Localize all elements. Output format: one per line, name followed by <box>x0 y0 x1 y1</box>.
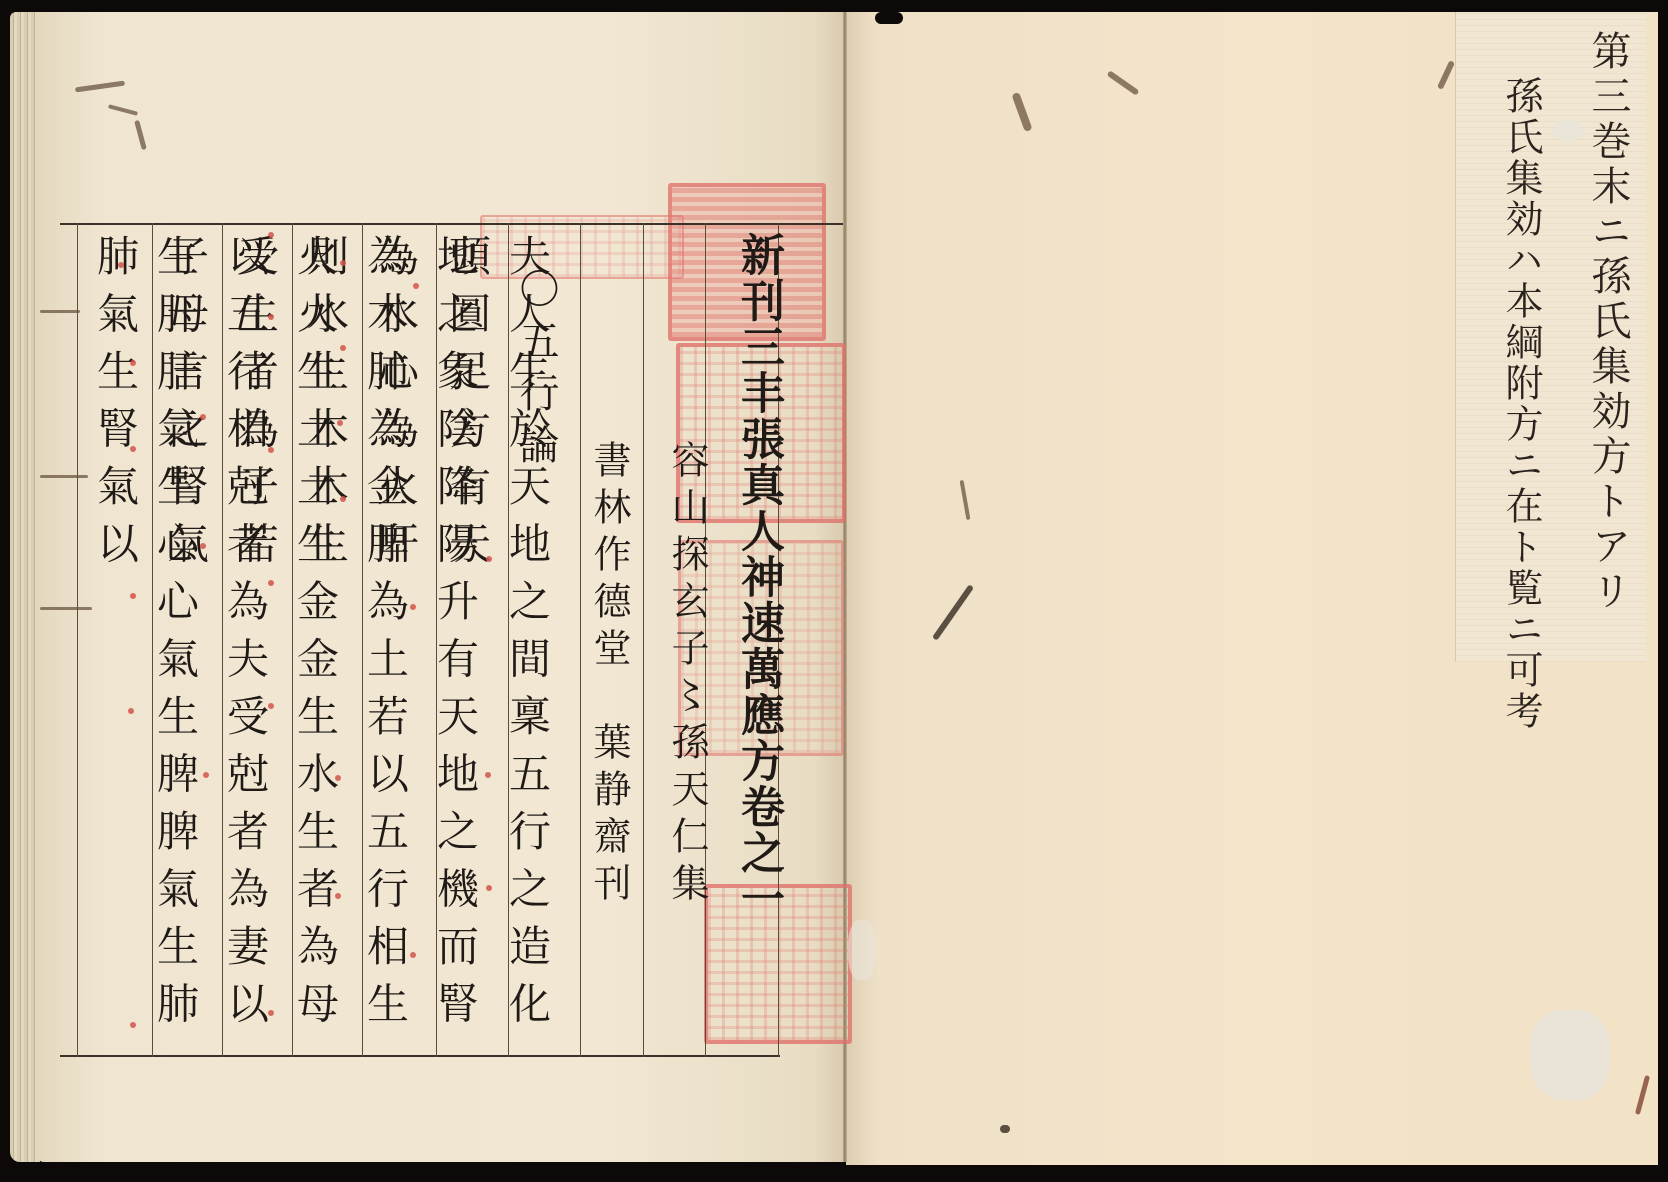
punctuation-mark <box>268 580 274 586</box>
punctuation-mark <box>486 885 492 891</box>
body-column-6: 生肝肝氣生心心氣生脾脾氣生肺肺氣生腎氣以 <box>85 234 205 1064</box>
punctuation-mark <box>118 262 124 268</box>
punctuation-mark <box>335 893 341 899</box>
author-column: 容山探玄子〻孫天仁集 <box>660 440 715 910</box>
punctuation-mark <box>203 772 209 778</box>
handwritten-note-line-1: 第三巻末ニ孫氏集効方トアリ <box>1580 30 1637 615</box>
punctuation-mark <box>410 952 416 958</box>
punctuation-mark <box>340 345 346 351</box>
punctuation-mark <box>486 556 492 562</box>
section-heading: 〇五行論 <box>508 268 565 476</box>
column-rule <box>77 223 78 1057</box>
publisher-column: 書林作德堂 葉静齋刊 <box>582 440 637 910</box>
wormhole-stain <box>40 607 92 610</box>
paper-repair-patch <box>848 920 876 980</box>
punctuation-mark <box>485 772 491 778</box>
punctuation-mark <box>130 1022 136 1028</box>
open-book: 夫人生於天地之間稟五行之造化頭圓足方有天 地之象陰降陽升有天地之機而腎為水心為火… <box>0 0 1668 1182</box>
punctuation-mark <box>200 414 206 420</box>
punctuation-mark <box>200 543 206 549</box>
column-rule <box>643 223 644 1057</box>
punctuation-mark <box>268 314 274 320</box>
wormhole-stain <box>40 310 80 313</box>
punctuation-mark <box>130 446 136 452</box>
punctuation-mark <box>130 360 136 366</box>
paper-repair-patch <box>1553 120 1583 140</box>
punctuation-mark <box>337 420 343 426</box>
punctuation-mark <box>128 708 134 714</box>
punctuation-mark <box>268 703 274 709</box>
punctuation-mark <box>340 260 346 266</box>
punctuation-mark <box>335 775 341 781</box>
wormhole-stain <box>40 475 88 478</box>
wormhole-stain <box>875 12 903 24</box>
book-title-column: 新刊三丰張真人神速萬應方卷之一 <box>726 232 790 922</box>
punctuation-mark <box>410 604 416 610</box>
punctuation-mark <box>268 447 274 453</box>
punctuation-mark <box>130 593 136 599</box>
punctuation-mark <box>340 496 346 502</box>
paper-repair-patch <box>1530 1010 1610 1100</box>
handwritten-note-line-2: 孫氏集効ハ本綱附方ニ在ト覧ニ可考 <box>1494 76 1549 732</box>
wormhole-stain <box>1000 1125 1010 1133</box>
frame-top-rule <box>60 223 843 225</box>
punctuation-mark <box>413 283 419 289</box>
punctuation-mark <box>268 1010 274 1016</box>
column-rule <box>580 223 581 1057</box>
punctuation-mark <box>268 232 274 238</box>
